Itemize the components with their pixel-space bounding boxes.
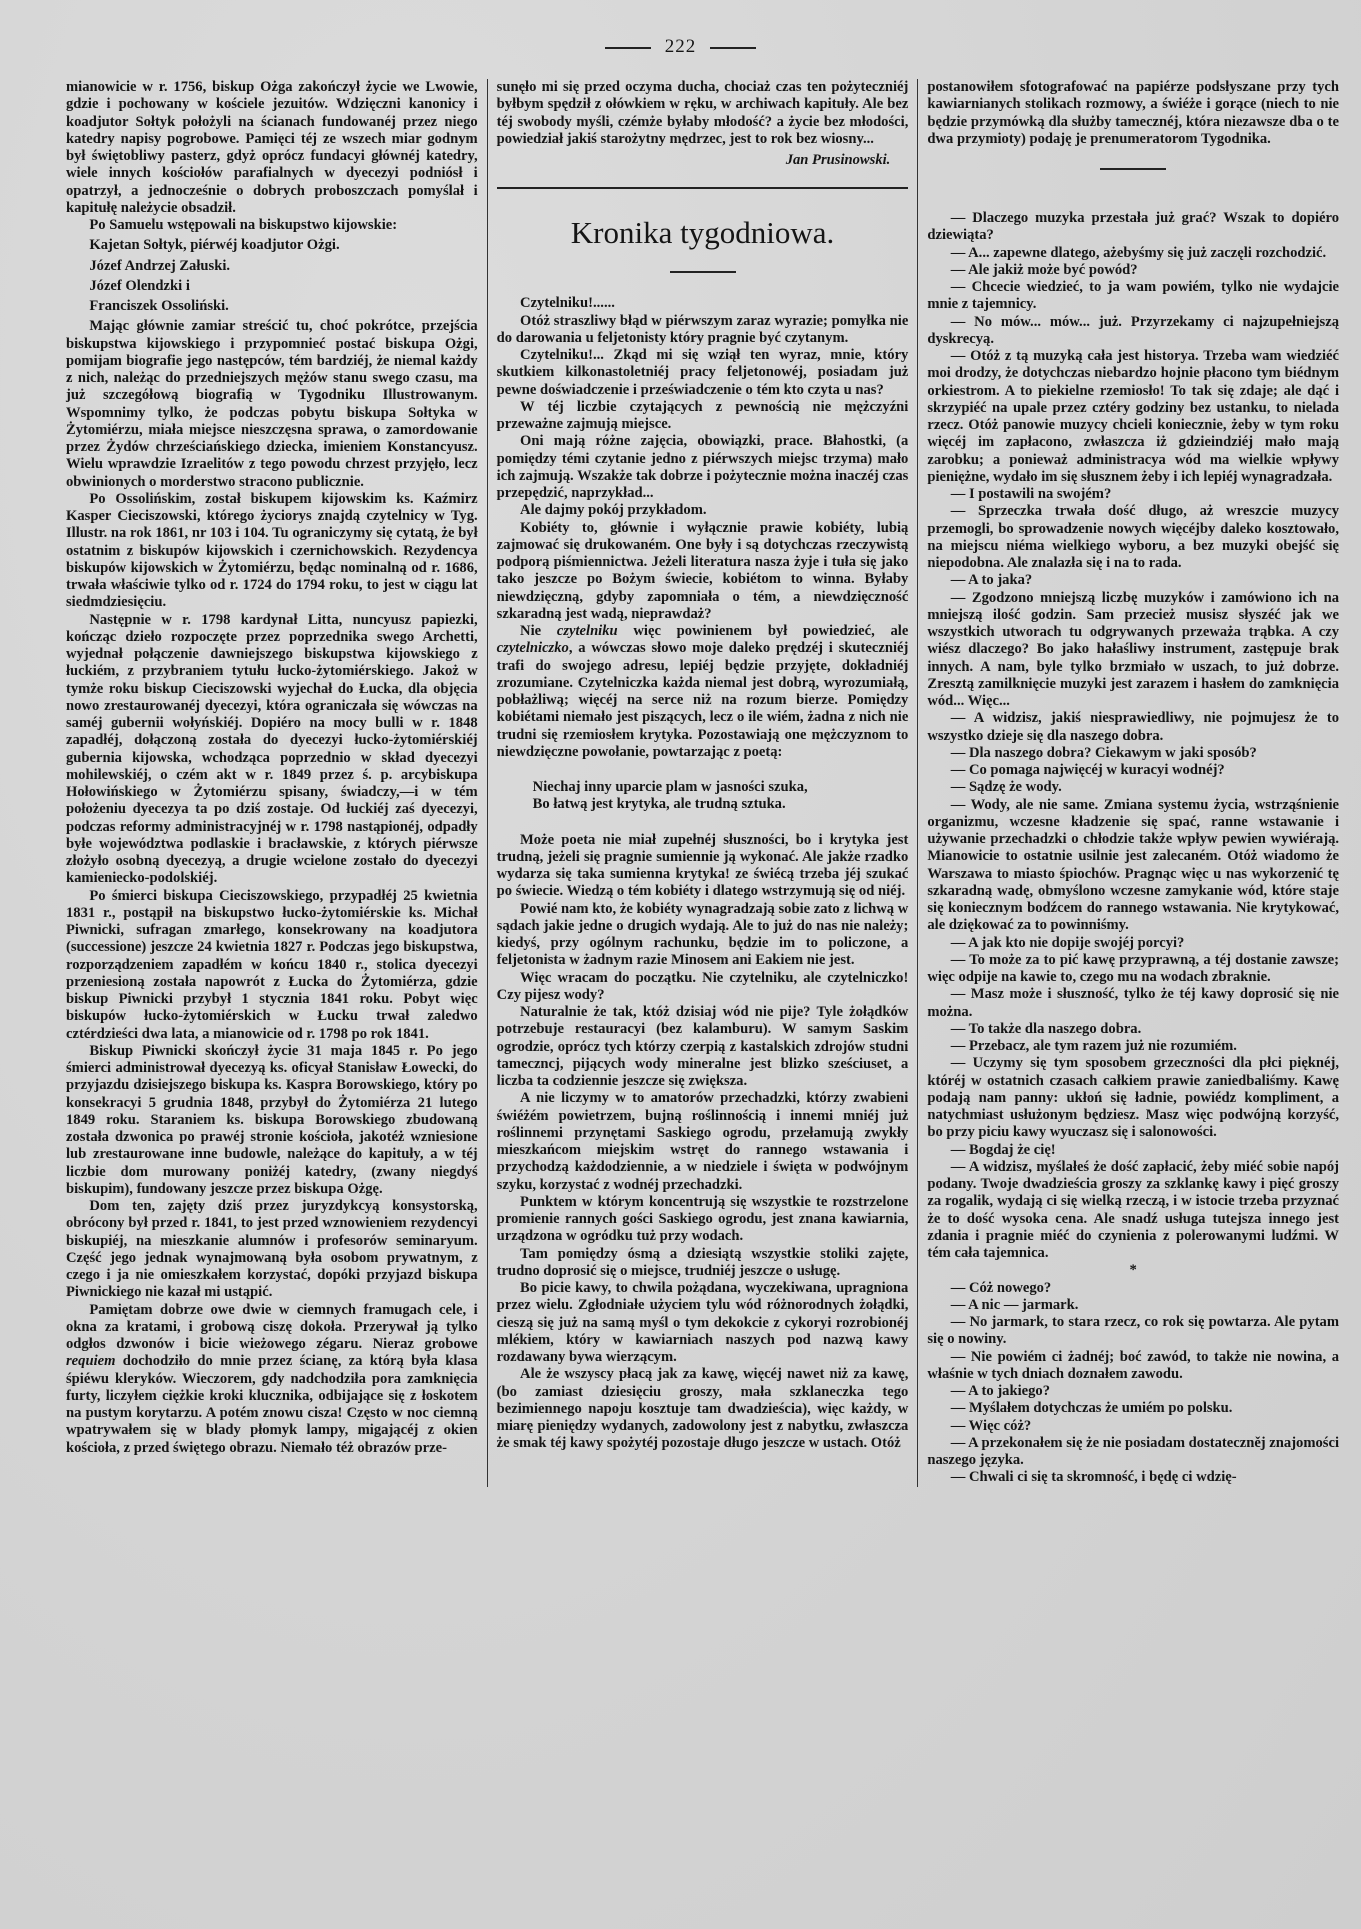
paragraph: Czytelniku!... Zkąd mi się wziął ten wyr… [497, 347, 909, 399]
paragraph: Nie czytelniku więc powinienem był powie… [497, 623, 909, 761]
dialogue-line: — Przebacz, ale tym razem już nie rozumi… [927, 1038, 1339, 1055]
dialogue-line: — Ale jakiż może być powód? [927, 262, 1339, 279]
author-signature: Jan Prusinowski. [497, 152, 909, 169]
paragraph: Po Samuelu wstępowali na biskupstwo kijo… [66, 217, 478, 234]
column-3: postanowiłem sfotografować na papiérze p… [917, 79, 1348, 1487]
text-run: Pamiętam dobrze owe dwie w ciemnych fram… [66, 1302, 478, 1353]
dialogue-line: — To także dla naszego dobra. [927, 1021, 1339, 1038]
page-number-dash-right [710, 47, 756, 49]
dialogue-line: — Nie powiém ci żadnéj; boć zawód, to ta… [927, 1349, 1339, 1384]
verse-quote: Niechaj inny uparcie plam w jasności szu… [533, 779, 909, 814]
dialogue-line: — A jak kto nie dopije swojéj porcyi? [927, 935, 1339, 952]
spacer [927, 192, 1339, 210]
paragraph: Mając głównie zamiar streścić tu, choć p… [66, 318, 478, 491]
article-columns: mianowicie w r. 1756, biskup Ożga zakońc… [66, 79, 1348, 1487]
list-item: Józef Olendzki i [66, 278, 478, 295]
section-title: Kronika tygodniowa. [497, 215, 909, 251]
paragraph: Może poeta nie miał zupełnéj słuszności,… [497, 832, 909, 901]
paragraph: Naturalnie że tak, któż dzisiaj wód nie … [497, 1004, 909, 1090]
paragraph: A nie liczymy w to amatorów przechadzki,… [497, 1090, 909, 1194]
dialogue-line: — Co pomaga najwięcéj w kuracyi wodnéj? [927, 762, 1339, 779]
paragraph: Oni mają różne zajęcia, obowiązki, prace… [497, 433, 909, 502]
greeting: Czytelniku!...... [497, 295, 909, 312]
paragraph: mianowicie w r. 1756, biskup Ożga zakońc… [66, 79, 478, 217]
dialogue-line: — A przekonałem się że nie posiadam dost… [927, 1435, 1339, 1470]
dialogue-line: — No jarmark, to stara rzecz, co rok się… [927, 1314, 1339, 1349]
dialogue-line: — No mów... mów... już. Przyrzekamy ci n… [927, 314, 1339, 349]
section-divider [497, 187, 909, 189]
paragraph: postanowiłem sfotografować na papiérze p… [927, 79, 1339, 148]
paragraph: Po Ossolińskim, został biskupem kijowski… [66, 491, 478, 612]
dialogue-line: — Zgodzono mniejszą liczbę muzyków i zam… [927, 590, 1339, 711]
italic-term: czytelniczko [497, 640, 569, 656]
title-underline [670, 271, 736, 273]
paragraph: Dom ten, zajęty dziś przez juryzdykcyą k… [66, 1198, 478, 1302]
dialogue-line: — Myślałem dotychczas że umiém po polsku… [927, 1400, 1339, 1417]
paragraph: Biskup Piwnicki skończył życie 31 maja 1… [66, 1043, 478, 1198]
dialogue-block-2: — Cóż nowego? — A nic — jarmark. — No ja… [927, 1280, 1339, 1487]
paragraph: Bo picie kawy, to chwila pożądana, wycze… [497, 1280, 909, 1366]
list-item: Franciszek Ossoliński. [66, 298, 478, 315]
verse-line: Niechaj inny uparcie plam w jasności szu… [533, 779, 909, 796]
page-number: 222 [665, 36, 697, 57]
italic-term: requiem [66, 1353, 115, 1369]
paragraph: Następnie w r. 1798 kardynał Litta, nunc… [66, 612, 478, 888]
paragraph: Tam pomiędzy ósmą a dziesiątą wszystkie … [497, 1246, 909, 1281]
paragraph: Po śmierci biskupa Cieciszowskiego, przy… [66, 888, 478, 1043]
list-item: Józef Andrzej Załuski. [66, 258, 478, 275]
dialogue-block-1: — Dlaczego muzyka przestała już grać? Ws… [927, 210, 1339, 1262]
list-item: Kajetan Sołtyk, piérwéj koadjutor Ożgi. [66, 237, 478, 254]
dialogue-line: — A widzisz, myślałeś że dość zapłacić, … [927, 1159, 1339, 1263]
dialogue-line: — A to jakiego? [927, 1383, 1339, 1400]
dialogue-line: — To może za to pić kawę przyprawną, a t… [927, 952, 1339, 987]
verse-line: Bo łatwą jest krytyka, ale trudną sztuka… [533, 796, 909, 813]
text-run: , a wówczas słowo moje daleko prędzéj i … [497, 640, 909, 760]
column-1: mianowicie w r. 1756, biskup Ożga zakońc… [66, 79, 487, 1487]
asterisk-separator: * [927, 1262, 1339, 1279]
dialogue-line: — Dla naszego dobra? Ciekawym w jaki spo… [927, 745, 1339, 762]
dialogue-line: — Uczymy się tym sposobem grzeczności dl… [927, 1055, 1339, 1141]
paragraph: Pamiętam dobrze owe dwie w ciemnych fram… [66, 1302, 478, 1457]
dialogue-line: — A... zapewne dlatego, ażebyśmy się już… [927, 245, 1339, 262]
dialogue-line: — Sądzę że wody. [927, 779, 1339, 796]
paragraph: Otóż straszliwy błąd w piérwszym zaraz w… [497, 313, 909, 348]
dialogue-line: — A widzisz, jakiś niesprawiedliwy, nie … [927, 710, 1339, 745]
paragraph: Kobiéty to, głównie i wyłącznie prawie k… [497, 520, 909, 624]
text-run: więc powinienem był powiedzieć, ale [618, 623, 909, 639]
dialogue-line: — Cóż nowego? [927, 1280, 1339, 1297]
paragraph: Punktem w którym koncentrują się wszystk… [497, 1194, 909, 1246]
paragraph: sunęło mi się przed oczyma ducha, chocia… [497, 79, 909, 148]
dialogue-line: — I postawili na swojém? [927, 486, 1339, 503]
column-2: sunęło mi się przed oczyma ducha, chocia… [487, 79, 918, 1487]
dialogue-line: — Otóż z tą muzyką cała jest historya. T… [927, 348, 1339, 486]
dialogue-line: — Dlaczego muzyka przestała już grać? Ws… [927, 210, 1339, 245]
bishops-list: Kajetan Sołtyk, piérwéj koadjutor Ożgi. … [66, 237, 478, 315]
paragraph: W téj liczbie czytających z pewnością ni… [497, 399, 909, 434]
dialogue-line: — Masz może i słuszność, tylko że téj ka… [927, 986, 1339, 1021]
dialogue-line: — Chcecie wiedzieć, to ja wam powiém, ty… [927, 279, 1339, 314]
text-run: dochodziło do mnie przez ścianę, za któr… [66, 1353, 478, 1455]
dialogue-line: — Chwali ci się ta skromność, i będę ci … [927, 1469, 1339, 1486]
dialogue-line: — Wody, ale nie same. Zmiana systemu życ… [927, 797, 1339, 935]
paragraph: Ale dajmy pokój przykładom. [497, 502, 909, 519]
paragraph: Ale że wszyscy płacą jak za kawę, więcéj… [497, 1366, 909, 1452]
dialogue-line: — A nic — jarmark. [927, 1297, 1339, 1314]
page-number-dash-left [605, 47, 651, 49]
dialogue-line: — Więc cóż? [927, 1418, 1339, 1435]
text-run: Nie [520, 623, 557, 639]
page-number-header: 222 [0, 36, 1361, 58]
italic-term: czytelniku [557, 623, 618, 639]
dialogue-line: — Bogdaj że cię! [927, 1142, 1339, 1159]
paragraph: Więc wracam do początku. Nie czytelniku,… [497, 970, 909, 1005]
dialogue-line: — A to jaka? [927, 572, 1339, 589]
paragraph: Powié nam kto, że kobiéty wynagradzają s… [497, 901, 909, 970]
section-divider [1100, 168, 1166, 170]
dialogue-line: — Sprzeczka trwała dość długo, aż wreszc… [927, 503, 1339, 572]
